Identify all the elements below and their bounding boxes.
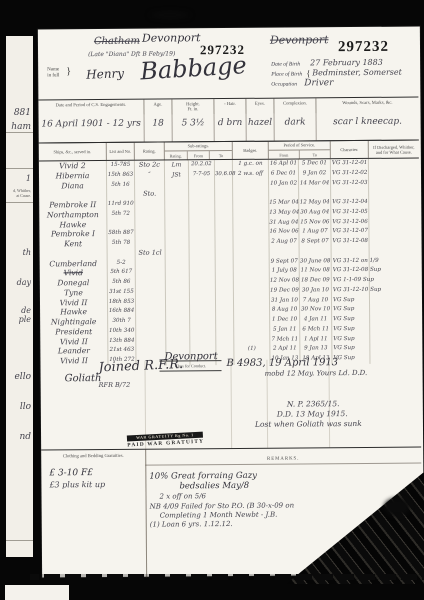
cell-character: VG 31-12-07: [331, 227, 369, 237]
cell-discharged: [370, 305, 420, 315]
war-gratuity-stamp: WAR GRATUITY Rg No. 1 PAID WAR GRATUITY: [127, 432, 205, 449]
cell-ship: Vivid: [40, 268, 108, 278]
name-label-line2: in full: [47, 73, 59, 78]
cell-to: 1 Aug 07: [299, 227, 331, 237]
cell-to: [300, 247, 332, 257]
clothing-gratuities-box: Clothing and Bedding Gratuities. £ 3-10 …: [41, 450, 147, 579]
depot-name: Devonport: [142, 31, 201, 44]
cell-badges: [233, 208, 269, 218]
margin-fragment: day: [17, 278, 31, 287]
margin-fragment: nd: [19, 432, 31, 442]
first-name: Henry: [86, 66, 124, 82]
cell-badges: [234, 296, 270, 306]
cell-to: 11 Nov 08: [300, 266, 332, 276]
cell-sub_to: [215, 228, 233, 238]
cell-ship: Kent: [40, 239, 108, 249]
cell-rating: [136, 268, 166, 278]
np-reference: N. P. 2365/15.: [287, 399, 340, 408]
cell-character: VG Sup: [332, 344, 370, 354]
cell-list_no: [107, 219, 135, 229]
cell-rating: [136, 287, 166, 297]
cell-sub_from: [190, 336, 216, 346]
cell-sub_from: [190, 258, 216, 268]
cell-sub_rating: [165, 238, 189, 248]
cell-ship: Hawke: [39, 219, 107, 229]
cell-discharged: [370, 354, 420, 364]
cell-ship: Hibernia: [39, 171, 107, 181]
complexion-value: dark: [275, 113, 317, 140]
cell-badges: [234, 316, 270, 326]
scan-artifact-blot: [384, 498, 410, 516]
cell-ship: Vivid II: [40, 297, 108, 307]
cell-rating: [136, 258, 166, 268]
remarks-line: 2 x off on 5/6: [159, 492, 206, 500]
rfr-section: Goliath RFR B/72 Joined R.F.R. Devonport…: [38, 27, 420, 30]
height-header: Height.Ft. in.: [172, 99, 214, 114]
cell-badges: [233, 228, 269, 238]
pob-value: Bedminster, Somerset: [312, 68, 402, 78]
service-table-body: Vivid 215-785Sto 2cLm20.2.021 g.c. on16 …: [39, 159, 421, 367]
cell-from: 1 Dec 10: [270, 315, 300, 325]
cell-sub_from: [189, 228, 215, 238]
cell-character: VG 31-12-01: [331, 159, 369, 169]
cell-sub_to: [216, 248, 234, 258]
cell-rating: [135, 219, 165, 229]
cell-sub_to: 30.6.08: [215, 170, 233, 180]
cell-badges: [234, 306, 270, 316]
cell-to: 4 Jan 11: [300, 315, 332, 325]
cell-to: 5 Dec 01: [299, 159, 331, 169]
cell-sub_to: [216, 277, 234, 287]
cell-character: VG 31-12-08: [331, 237, 369, 247]
character-header: Character.: [331, 141, 369, 158]
cell-ship: Vivid 2: [39, 161, 107, 171]
complexion-header: Complexion.: [274, 98, 316, 113]
cell-sub_to: [216, 287, 234, 297]
cell-list_no: 18th 853: [108, 297, 136, 307]
cell-discharged: [369, 168, 419, 178]
cell-sub_from: [189, 199, 215, 209]
cell-character: VG 1-1-09 Sup: [332, 276, 370, 286]
hair-header: - Hair.: [214, 99, 246, 114]
occupation-value: Driver: [304, 78, 333, 88]
cell-sub_to: [215, 218, 233, 228]
cell-ship: Tyne: [40, 288, 108, 298]
cell-rating: [136, 317, 166, 327]
engagement-header: Date and Period of C.S. Engagements.: [38, 100, 144, 116]
cell-to: 14 Mar 04: [299, 179, 331, 189]
cell-sub_to: [216, 257, 234, 267]
cell-character: VG 31-12 on 1/9: [332, 256, 370, 266]
cell-badges: 1 g.c. on: [233, 160, 269, 170]
eyes-header: Eyes.: [246, 99, 274, 114]
list-no-header: List and No.: [107, 143, 135, 160]
cell-to: 9 Jan 02: [299, 169, 331, 179]
cell-list_no: [107, 190, 135, 200]
cell-rating: [136, 336, 166, 346]
cell-rating: [136, 297, 166, 307]
cell-rating: [136, 326, 166, 336]
cell-character: VG Sup: [332, 315, 370, 325]
cell-to: 30 Aug 04: [299, 208, 331, 218]
cell-to: 1 Apl 11: [300, 335, 332, 345]
cell-discharged: [370, 324, 420, 334]
cell-list_no: 10th 340: [108, 326, 136, 336]
cell-ship: Nightingale: [40, 317, 108, 327]
cell-sub_from: 20.2.02: [189, 160, 215, 170]
occupation-label: Occupation: [271, 81, 297, 87]
cell-sub_from: [189, 189, 215, 199]
eyes-value: hazel: [247, 114, 275, 141]
cell-sub_from: [189, 238, 215, 248]
cell-from: [269, 189, 299, 199]
cell-sub_to: [216, 306, 234, 316]
cell-character: VG 31-12-03: [331, 178, 369, 188]
margin-fragment: at Cause.: [16, 193, 31, 198]
dob-label: Date of Birth: [271, 61, 300, 67]
margin-fragment: ple: [19, 315, 31, 324]
cell-sub_to: [216, 326, 234, 336]
cell-rating: [136, 346, 166, 356]
cell-list_no: 16th 884: [108, 307, 136, 317]
margin-fragment: ham: [11, 122, 31, 132]
cell-list_no: 15-785: [107, 161, 135, 171]
cell-sub_to: [216, 335, 234, 345]
cell-discharged: [369, 188, 419, 198]
cell-to: 18 Dec 09: [300, 276, 332, 286]
cell-from: 1 July 08: [270, 267, 300, 277]
cell-rating: [135, 180, 165, 190]
cell-sub_from: [190, 277, 216, 287]
cell-list_no: 5th 86: [108, 278, 136, 288]
cell-character: VG 31-12-05: [331, 208, 369, 218]
cell-sub_rating: JSt: [165, 170, 189, 180]
cell-to: 15 Nov 06: [299, 218, 331, 228]
cell-sub_to: [215, 189, 233, 199]
cell-from: 15 Mar 04: [269, 198, 299, 208]
depot-right-struck: Devonport: [270, 33, 329, 46]
remarks-line: (1) Loan 6 yrs. 1.12.12.: [150, 520, 233, 529]
cell-rating: [136, 307, 166, 317]
cell-character: VG 31-12-08 Sup: [332, 266, 370, 276]
cell-character: [332, 247, 370, 257]
cell-sub_to: [215, 160, 233, 170]
cell-sub_to: [215, 199, 233, 209]
margin-rule: [6, 168, 33, 169]
cell-rating: [136, 278, 166, 288]
cell-from: 19 Dec 09: [270, 286, 300, 296]
cell-from: 7 Mch 11: [270, 335, 300, 345]
cell-from: 13 May 04: [269, 208, 299, 218]
cell-list_no: 13th 884: [108, 336, 136, 346]
period-group: Period of Service. From To: [269, 141, 331, 158]
cell-from: 31 Jan 10: [270, 296, 300, 306]
cell-to: 7 Aug 10: [300, 296, 332, 306]
cell-sub_rating: [165, 219, 189, 229]
rfr-ship: Goliath: [65, 373, 102, 384]
cell-ship: Hawke: [40, 307, 108, 317]
cell-ship: Diana: [39, 180, 107, 190]
cell-list_no: 15th 863: [107, 171, 135, 181]
cell-sub_from: [190, 326, 216, 336]
cell-sub_rating: [165, 190, 189, 200]
cell-sub_rating: Lm: [165, 160, 189, 170]
cell-sub_rating: [166, 297, 190, 307]
cell-badges: (1): [234, 345, 270, 355]
cell-list_no: 5-2: [108, 258, 136, 268]
remarks-line: NB 4/09 Failed for Sto P.O. (B 30-x-09 o…: [150, 502, 295, 511]
badges-header: Badges.: [233, 142, 269, 159]
cell-discharged: [370, 285, 420, 295]
ships-header: Ships, &c., served in.: [39, 143, 107, 161]
cell-list_no: 58th 887: [107, 229, 135, 239]
rfr-ship-note: RFR B/72: [99, 381, 131, 389]
cell-discharged: [370, 256, 420, 266]
cell-sub_from: [189, 209, 215, 219]
wounds-header: Wounds, Scars, Marks, &c.: [316, 98, 418, 114]
cell-discharged: [370, 266, 420, 276]
class-for-conduct-box: Class for Conduct.: [159, 360, 221, 371]
cell-list_no: 21st 463: [108, 346, 136, 356]
cell-character: VG Sup: [332, 305, 370, 315]
margin-fragment: llo: [20, 402, 31, 412]
rfr-certificate: B 4983, 19 April 1913: [226, 357, 338, 369]
cell-sub_to: [215, 179, 233, 189]
margin-fragment: ello: [14, 372, 31, 382]
cell-to: 12 May 04: [299, 198, 331, 208]
depot-name-struck: Chatham: [94, 36, 140, 47]
cell-rating: Sto.: [135, 190, 165, 200]
cell-sub_rating: [165, 209, 189, 219]
cell-from: 5 Jan 11: [270, 325, 300, 335]
cell-ship: Pembroke II: [39, 200, 107, 210]
name-label-brace: }: [66, 66, 71, 77]
cell-list_no: 5th 16: [107, 180, 135, 190]
cell-sub_rating: [166, 268, 190, 278]
cell-to: 30 Jan 10: [300, 286, 332, 296]
margin-fragment: 1: [26, 174, 31, 183]
cell-from: 31 Aug 04: [269, 218, 299, 228]
cell-rating: Sto 2c: [135, 161, 165, 171]
cell-sub_rating: [166, 248, 190, 258]
cell-character: VG 31-12-02: [331, 169, 369, 179]
cell-ship: Donegal: [40, 278, 108, 288]
cell-rating: ″: [135, 170, 165, 180]
margin-fragment: 881: [14, 108, 31, 118]
scan-artifact-white-box: [5, 585, 69, 600]
cell-badges: [233, 218, 269, 228]
pob-brace: {: [306, 68, 310, 78]
cell-sub_from: [190, 267, 216, 277]
cell-sub_rating: [165, 229, 189, 239]
cell-ship: Leander: [40, 346, 108, 356]
cell-badges: [234, 335, 270, 345]
sub-to-header: To: [210, 151, 232, 160]
margin-rule: [6, 132, 33, 133]
cell-character: VG Sup: [332, 334, 370, 344]
record-header: Chatham Devonport (Late "Diana" Dft B Fe…: [38, 27, 420, 30]
clothing-line: £3 plus kit up: [49, 480, 105, 489]
remarks-line: Completing 1 Month Newbt - J.B.: [160, 511, 278, 520]
cell-sub_rating: [166, 258, 190, 268]
cell-sub_rating: [166, 287, 190, 297]
cell-discharged: [369, 159, 419, 169]
cell-to: [299, 188, 331, 198]
cell-list_no: [108, 248, 136, 258]
name-label-line1: Name: [47, 67, 59, 72]
cell-rating: Sto 1cl: [136, 248, 166, 258]
cell-sub_rating: [166, 336, 190, 346]
cell-ship: [40, 249, 108, 259]
cell-ship: Pembroke I: [39, 229, 107, 239]
discharged-dead-note: D.D. 13 May 1915.: [277, 409, 348, 419]
cell-sub_rating: [166, 316, 190, 326]
discharged-header: If Discharged, Whither, and for What Cau…: [369, 141, 419, 158]
margin-fragment: de: [21, 306, 31, 315]
cell-list_no: 31st 155: [108, 287, 136, 297]
sub-from-header: From: [187, 151, 210, 160]
cell-sub_from: [190, 306, 216, 316]
cell-from: 8 Aug 10: [270, 306, 300, 316]
cell-sub_to: [216, 345, 234, 355]
remarks-label: REMARKS.: [145, 456, 421, 466]
cell-discharged: [370, 315, 420, 325]
cell-discharged: [369, 237, 419, 247]
cell-rating: [135, 229, 165, 239]
surname: Babbage: [139, 51, 247, 85]
height-value: 5 3½: [173, 114, 215, 141]
cell-rating: [136, 239, 166, 249]
cell-sub_to: [216, 316, 234, 326]
cell-discharged: [369, 178, 419, 188]
hair-value: d brn: [215, 114, 247, 141]
cell-ship: President: [40, 327, 108, 337]
cell-discharged: [369, 217, 419, 227]
cell-sub_rating: [166, 326, 190, 336]
cell-sub_rating: [166, 307, 190, 317]
cell-list_no: 5th 78: [108, 239, 136, 249]
cell-badges: 2 w.s. off: [233, 169, 269, 179]
cell-list_no: 5th 617: [108, 268, 136, 278]
cell-badges: [234, 286, 270, 296]
cell-discharged: [370, 276, 420, 286]
cell-discharged: [370, 334, 420, 344]
cell-sub_from: 7-7-05: [189, 170, 215, 180]
cell-character: VG Sup: [332, 295, 370, 305]
cell-ship: Vivid II: [40, 336, 108, 346]
cell-character: VG 31-12-10 Sup: [332, 286, 370, 296]
cell-from: 16 Nov 06: [269, 228, 299, 238]
remarks-line: bedsalies May/8: [179, 481, 249, 492]
cell-sub_to: [216, 296, 234, 306]
rating-header: Rating.: [135, 143, 165, 160]
cell-ship: [39, 190, 107, 200]
sub-rating-header: Rating.: [165, 151, 188, 160]
dob-value: 27 February 1883: [310, 58, 383, 68]
cell-sub_from: [190, 316, 216, 326]
cell-character: VG 31-12-06: [331, 217, 369, 227]
cell-sub_to: [215, 209, 233, 219]
cell-badges: [234, 247, 270, 257]
cell-to: 6 Mch 11: [300, 325, 332, 335]
engagement-date: 16 April 1901 - 12 yrs: [39, 115, 145, 143]
cell-discharged: [370, 344, 420, 354]
cell-sub_rating: [166, 277, 190, 287]
cell-rating: [135, 200, 165, 210]
cell-to: 30 Nov 10: [300, 305, 332, 315]
lost-note: Lost when Goliath was sunk: [255, 419, 362, 429]
from-header: From: [269, 150, 300, 159]
cell-from: 9 Sept 07: [270, 257, 300, 267]
scanned-service-record: 881 ham 1 d, Whither, at Cause. th day d…: [0, 0, 424, 600]
cell-badges: [234, 267, 270, 277]
cell-badges: [233, 238, 269, 248]
scan-artifact-blot: [150, 12, 190, 18]
cell-badges: [234, 277, 270, 287]
cell-rating: [135, 209, 165, 219]
cell-to: 9 Jan 13: [300, 344, 332, 354]
cell-sub_from: [189, 219, 215, 229]
cell-badges: [233, 179, 269, 189]
margin-rule: [6, 202, 33, 203]
clothing-label: Clothing and Bedding Gratuities.: [41, 453, 145, 459]
cell-character: VG Sup: [332, 325, 370, 335]
cell-sub_to: [215, 238, 233, 248]
rfr-certificate-2: mobd 12 May. Yours Ld. D.D.: [265, 369, 368, 378]
cell-from: [270, 247, 300, 257]
cell-from: 6 Dec 01: [269, 169, 299, 179]
casualty-notes: N. P. 2365/15. D.D. 13 May 1915. Lost wh…: [38, 27, 420, 30]
cell-discharged: [369, 198, 419, 208]
cell-to: 8 Sept 07: [299, 237, 331, 247]
margin-fragment: th: [23, 248, 31, 257]
cell-sub_rating: [165, 180, 189, 190]
cell-from: 2 Apl 11: [270, 345, 300, 355]
official-number: 297232: [338, 39, 389, 56]
cell-from: 2 Aug 07: [269, 237, 299, 247]
cell-sub_rating: [165, 199, 189, 209]
cell-badges: [233, 199, 269, 209]
cell-badges: [234, 257, 270, 267]
cell-from: 10 Jan 02: [269, 179, 299, 189]
service-table: Ships, &c., served in. List and No. Rati…: [39, 140, 421, 367]
cell-character: [331, 188, 369, 198]
cell-ship: Cumberland: [40, 258, 108, 268]
cell-discharged: [370, 246, 420, 256]
cell-badges: [234, 325, 270, 335]
cell-list_no: 11rd 910: [107, 200, 135, 210]
engagement-table: Date and Period of C.S. Engagements. Age…: [38, 97, 418, 144]
cell-sub_from: [189, 180, 215, 190]
engagement-value-row: 16 April 1901 - 12 yrs 18 5 3½ d brn haz…: [39, 113, 419, 143]
cell-from: 12 Nov 08: [270, 276, 300, 286]
cell-character: VG 31-12-04: [331, 198, 369, 208]
cell-sub_from: [190, 248, 216, 258]
cell-sub_from: [190, 287, 216, 297]
cell-list_no: 30th 7: [108, 317, 136, 327]
cell-sub_to: [216, 267, 234, 277]
age-value: 18: [145, 114, 173, 141]
cell-discharged: [369, 227, 419, 237]
scan-artifact-ragged-edge: [30, 574, 424, 580]
cell-ship: Northampton: [39, 210, 107, 220]
cell-discharged: [370, 295, 420, 305]
cell-list_no: 5th 72: [107, 209, 135, 219]
sub-ratings-group: Sub-ratings. Rating. From To: [165, 142, 233, 160]
age-header: Age.: [144, 99, 172, 114]
cell-from: 16 Apl 01: [269, 159, 299, 169]
clothing-line: £ 3-10 F£: [49, 468, 93, 478]
